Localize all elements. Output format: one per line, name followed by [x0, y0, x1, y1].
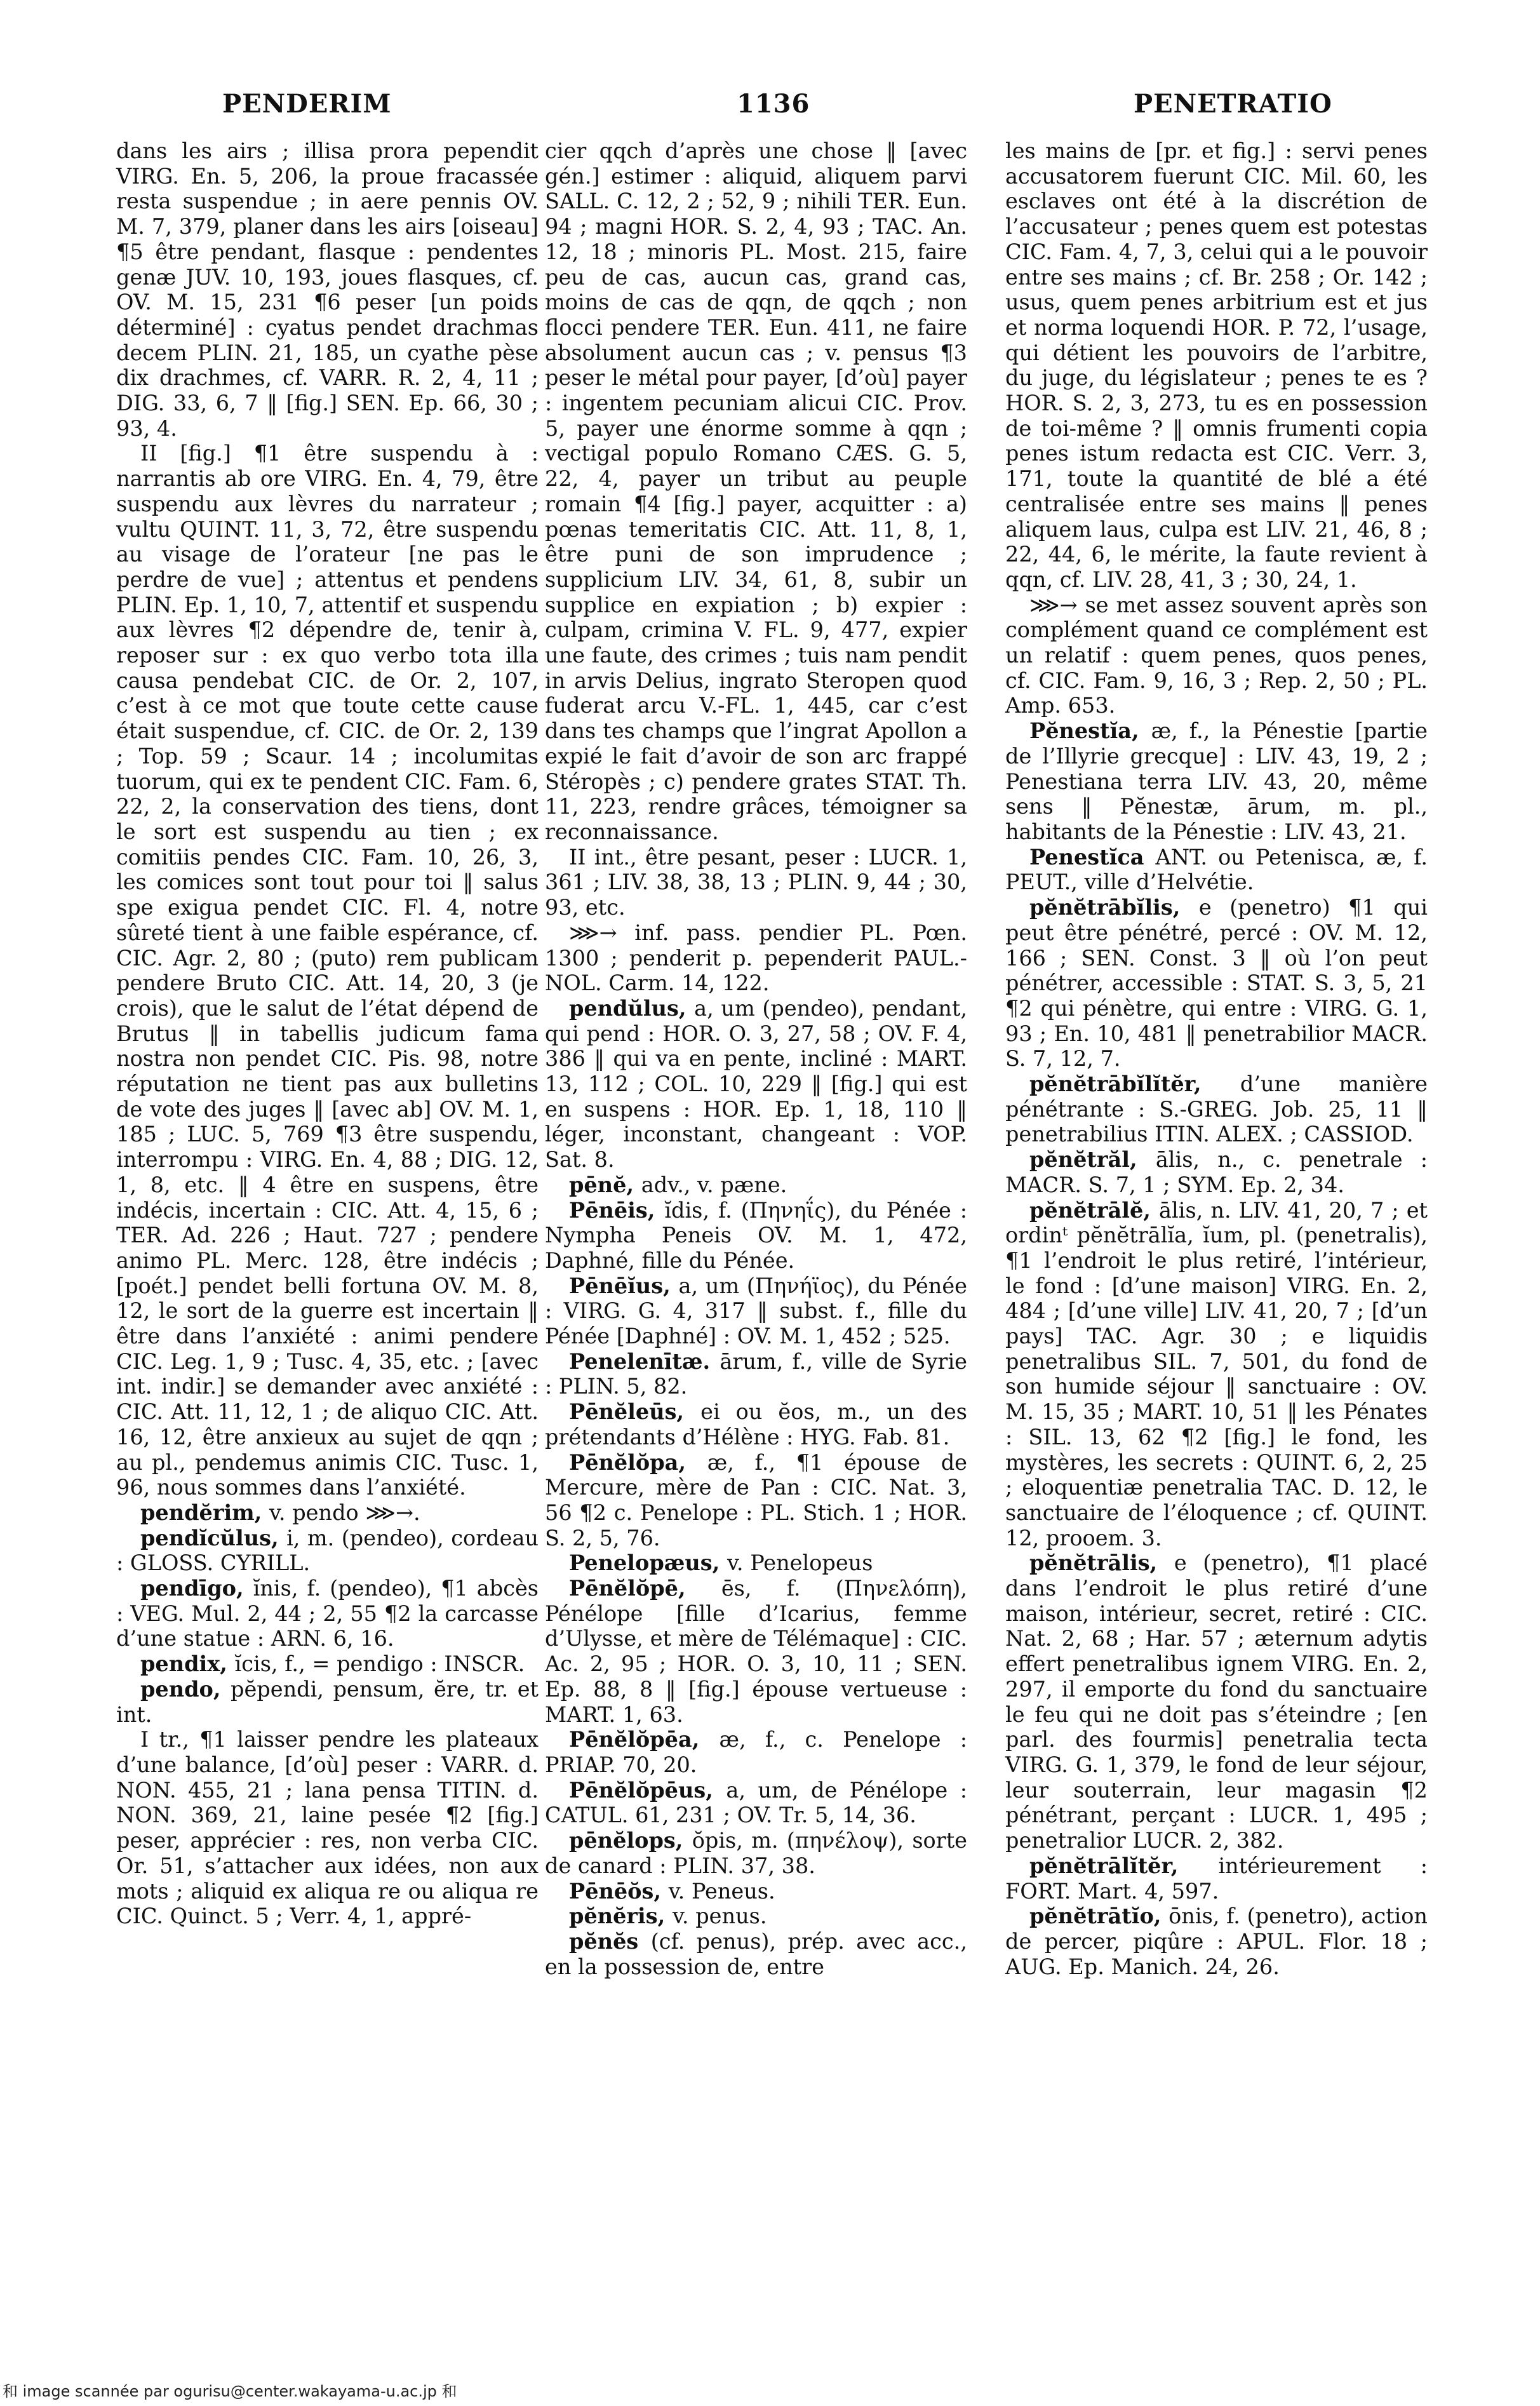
- headword: pĕnĕtrābĭlĭtĕr,: [1029, 1072, 1240, 1096]
- dictionary-entry: Pĕnestĭa, æ, f., la Pénestie [partie de …: [1005, 718, 1428, 845]
- headword: pĕnĕtrālĭtĕr,: [1029, 1853, 1218, 1878]
- dictionary-entry: pēnĕlops, ŏpis, m. (πηνέλοψ), sorte de c…: [545, 1828, 967, 1878]
- entry-text: ⋙→ se met assez souvent après son complé…: [1005, 593, 1428, 719]
- definition-text: a, um (pendeo), pendant, qui pend : HOR.…: [545, 996, 967, 1172]
- middle-column: cier qqch d’après une chose ‖ [avec gén.…: [545, 138, 967, 1979]
- headword: pĕnĕtrātĭo,: [1029, 1904, 1168, 1928]
- scan-credit: 和 image scannée par ogurisu@center.wakay…: [3, 2379, 457, 2401]
- definition-text: ⋙→ se met assez souvent après son complé…: [1005, 593, 1428, 718]
- definition-text: adv., v. pæne.: [641, 1173, 787, 1197]
- headword: pendix,: [140, 1651, 235, 1676]
- dictionary-entry: Pēnĕlŏpēus, a, um, de Pénélope : CATUL. …: [545, 1778, 967, 1828]
- right-guide-word: PENETRATIO: [1134, 89, 1332, 119]
- definition-text: ālis, n. LIV. 41, 20, 7 ; et ordinᵗ pĕnĕ…: [1005, 1198, 1428, 1550]
- definition-text: e (penetro), ¶1 placé dans l’endroit le …: [1005, 1550, 1428, 1853]
- dictionary-entry: pendo, pĕpendi, pensum, ĕre, tr. et int.: [116, 1677, 539, 1727]
- dictionary-entry: Pēnēis, ĭdis, f. (Πηνηΐς), du Pénée : Ny…: [545, 1198, 967, 1274]
- dictionary-entry: Pēnĕlŏpēa, æ, f., c. Penelope : PRIAP. 7…: [545, 1727, 967, 1777]
- headword: pendĭcŭlus,: [140, 1526, 286, 1550]
- running-header: PENDERIM 1136 PENETRATIO: [0, 89, 1540, 127]
- definition-text: II int., être pesant, peser : LUCR. 1, 3…: [545, 845, 967, 920]
- dictionary-entry: Pēnēŏs, v. Peneus.: [545, 1879, 967, 1904]
- definition-text: ⋙→ inf. pass. pendier PL. Pœn. 1300 ; pe…: [545, 920, 967, 995]
- definition-text: v. Peneus.: [669, 1879, 775, 1904]
- dictionary-entry: pĕnĕtrābĭlis, e (penetro) ¶1 qui peut êt…: [1005, 895, 1428, 1072]
- definition-text: e (penetro) ¶1 qui peut être pénétré, pe…: [1005, 895, 1428, 1071]
- dictionary-entry: pĕnĕtrālis, e (penetro), ¶1 placé dans l…: [1005, 1550, 1428, 1853]
- left-column: dans les airs ; illisa prora pependit VI…: [116, 138, 539, 1929]
- entry-text: cier qqch d’après une chose ‖ [avec gén.…: [545, 138, 967, 845]
- headword: pēnĕlops,: [569, 1828, 692, 1853]
- definition-text: v. Penelopeus: [727, 1550, 873, 1575]
- entry-text: les mains de [pr. et fig.] : servi penes…: [1005, 138, 1428, 593]
- entry-text: I tr., ¶1 laisser pendre les plateaux d’…: [116, 1727, 539, 1929]
- entry-text: II int., être pesant, peser : LUCR. 1, 3…: [545, 845, 967, 920]
- definition-text: les mains de [pr. et fig.] : servi penes…: [1005, 138, 1428, 592]
- dictionary-entry: pĕnĕs (cf. penus), prép. avec acc., en l…: [545, 1929, 967, 1979]
- headword: Pēnĕlŏpēa,: [569, 1727, 720, 1752]
- entry-text: dans les airs ; illisa prora pependit VI…: [116, 138, 539, 441]
- headword: Penelenītæ.: [569, 1349, 720, 1374]
- headword: Pēnĕlŏpēus,: [569, 1778, 726, 1803]
- headword: Pēnēĭus,: [569, 1274, 679, 1298]
- left-guide-word: PENDERIM: [222, 89, 392, 119]
- entry-text: ⋙→ inf. pass. pendier PL. Pœn. 1300 ; pe…: [545, 920, 967, 996]
- dictionary-entry: Penelopæus, v. Penelopeus: [545, 1550, 967, 1576]
- dictionary-entry: pĕnĕtrālĭtĕr, intérieurement : FORT. Mar…: [1005, 1853, 1428, 1904]
- headword: pĕnĕtrābĭlis,: [1029, 895, 1199, 920]
- entry-text: II [fig.] ¶1 être suspendu à : narrantis…: [116, 441, 539, 1500]
- headword: pendŭlus,: [569, 996, 694, 1021]
- definition-text: cier qqch d’après une chose ‖ [avec gén.…: [545, 138, 967, 844]
- headword: pĕnĕs: [569, 1929, 651, 1954]
- headword: Pēnĕlŏpē,: [569, 1576, 721, 1601]
- page-number: 1136: [737, 89, 810, 119]
- dictionary-entry: pendīgo, ĭnis, f. (pendeo), ¶1 abcès : V…: [116, 1576, 539, 1651]
- headword: pendĕrim,: [140, 1500, 269, 1525]
- dictionary-entry: Pēnĕlŏpa, æ, f., ¶1 épouse de Mercure, m…: [545, 1450, 967, 1551]
- headword: pĕnĕtrăl,: [1029, 1147, 1156, 1172]
- headword: Penelopæus,: [569, 1550, 727, 1575]
- definition-text: ĭcis, f., = pendigo : INSCR.: [235, 1651, 525, 1676]
- headword: Pēnēis,: [569, 1198, 664, 1223]
- dictionary-entry: pendŭlus, a, um (pendeo), pendant, qui p…: [545, 996, 967, 1173]
- definition-text: I tr., ¶1 laisser pendre les plateaux d’…: [116, 1727, 539, 1928]
- headword: Pēnĕlŏpa,: [569, 1450, 707, 1475]
- headword: pēnĕ,: [569, 1173, 641, 1197]
- dictionary-entry: pĕnĕtrăl, ālis, n., c. penetrale : MACR.…: [1005, 1147, 1428, 1197]
- dictionary-entry: Pēnĕleūs, ei ou ĕos, m., un des prétenda…: [545, 1399, 967, 1449]
- dictionary-entry: pendix, ĭcis, f., = pendigo : INSCR.: [116, 1651, 539, 1677]
- dictionary-entry: Pēnēĭus, a, um (Πηνήϊος), du Pénée : VIR…: [545, 1274, 967, 1349]
- dictionary-entry: pĕnĕtrābĭlĭtĕr, d’une manière pénétrante…: [1005, 1072, 1428, 1147]
- definition-text: II [fig.] ¶1 être suspendu à : narrantis…: [116, 441, 539, 1500]
- headword: pĕnĕris,: [569, 1904, 673, 1928]
- dictionary-entry: pendĭcŭlus, i, m. (pendeo), cordeau : GL…: [116, 1526, 539, 1576]
- definition-text: dans les airs ; illisa prora pependit VI…: [116, 138, 539, 441]
- dictionary-entry: Penelenītæ. ārum, f., ville de Syrie : P…: [545, 1349, 967, 1399]
- headword: Penestĭca: [1029, 845, 1156, 870]
- dictionary-entry: pĕnĕris, v. penus.: [545, 1904, 967, 1929]
- dictionary-entry: Penestĭca ANT. ou Petenisca, æ, f. PEUT.…: [1005, 845, 1428, 895]
- headword: Pĕnestĭa,: [1029, 718, 1151, 743]
- dictionary-entry: Pēnĕlŏpē, ēs, f. (Πηνελόπη), Pénélope [f…: [545, 1576, 967, 1727]
- headword: pendo,: [140, 1677, 231, 1702]
- definition-text: v. pendo ⋙→.: [269, 1500, 420, 1525]
- headword: pĕnĕtrālis,: [1029, 1550, 1174, 1575]
- dictionary-entry: pendĕrim, v. pendo ⋙→.: [116, 1500, 539, 1526]
- definition-text: v. penus.: [673, 1904, 767, 1928]
- dictionary-entry: pĕnĕtrātĭo, ōnis, f. (penetro), action d…: [1005, 1904, 1428, 1979]
- headword: Pēnĕleūs,: [569, 1399, 700, 1424]
- headword: Pēnēŏs,: [569, 1879, 669, 1904]
- right-column: les mains de [pr. et fig.] : servi penes…: [1005, 138, 1428, 1979]
- headword: pendīgo,: [140, 1576, 253, 1601]
- headword: pĕnĕtrālĕ,: [1029, 1198, 1159, 1223]
- dictionary-entry: pĕnĕtrālĕ, ālis, n. LIV. 41, 20, 7 ; et …: [1005, 1198, 1428, 1551]
- dictionary-entry: pēnĕ, adv., v. pæne.: [545, 1173, 967, 1198]
